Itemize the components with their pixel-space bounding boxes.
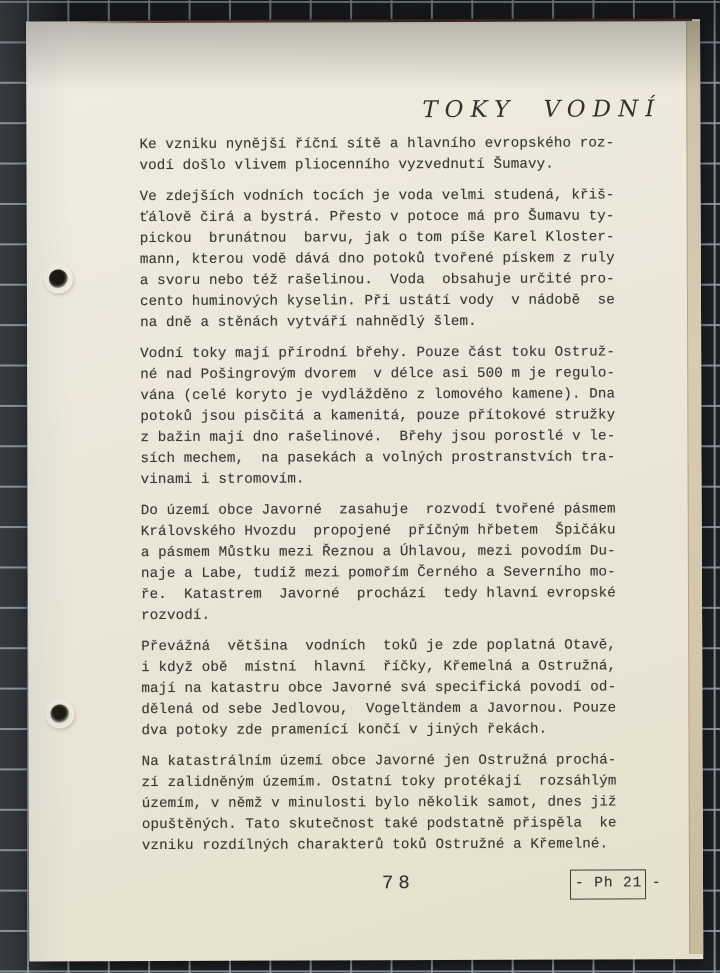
paragraph-cadastral-area: Na katastrálním území obce Javorné jen O… bbox=[142, 750, 662, 857]
document-body: Ke vzniku nynější říční sítě a hlavního … bbox=[139, 133, 662, 867]
paragraph-watershed: Do území obce Javorné zasahuje rozvodí t… bbox=[141, 499, 661, 627]
document-page: TOKY VODNÍ Ke vzniku nynější říční sítě … bbox=[26, 19, 703, 961]
page-number: 78 bbox=[382, 872, 415, 894]
page-stack-edge bbox=[74, 18, 692, 23]
paragraph-water-quality: Ve zdejších vodních tocích je voda velmi… bbox=[140, 185, 661, 334]
paragraph-river-banks: Vodní toky mají přírodní břehy. Pouze čá… bbox=[140, 342, 661, 491]
archival-stamp: - Ph 21 - bbox=[570, 869, 662, 899]
scanner-background: TOKY VODNÍ Ke vzniku nynější říční sítě … bbox=[0, 0, 720, 973]
stamp-label: - Ph 21 - bbox=[575, 875, 661, 891]
page-edge-right bbox=[686, 21, 703, 954]
page-title: TOKY VODNÍ bbox=[422, 96, 661, 123]
paragraph-origin-of-river-network: Ke vzniku nynější říční sítě a hlavního … bbox=[139, 133, 659, 177]
punch-hole-top bbox=[49, 269, 68, 288]
paragraph-otava-basin: Převážná většina vodních toků je zde pop… bbox=[141, 635, 661, 742]
punch-hole-bottom bbox=[50, 704, 69, 723]
